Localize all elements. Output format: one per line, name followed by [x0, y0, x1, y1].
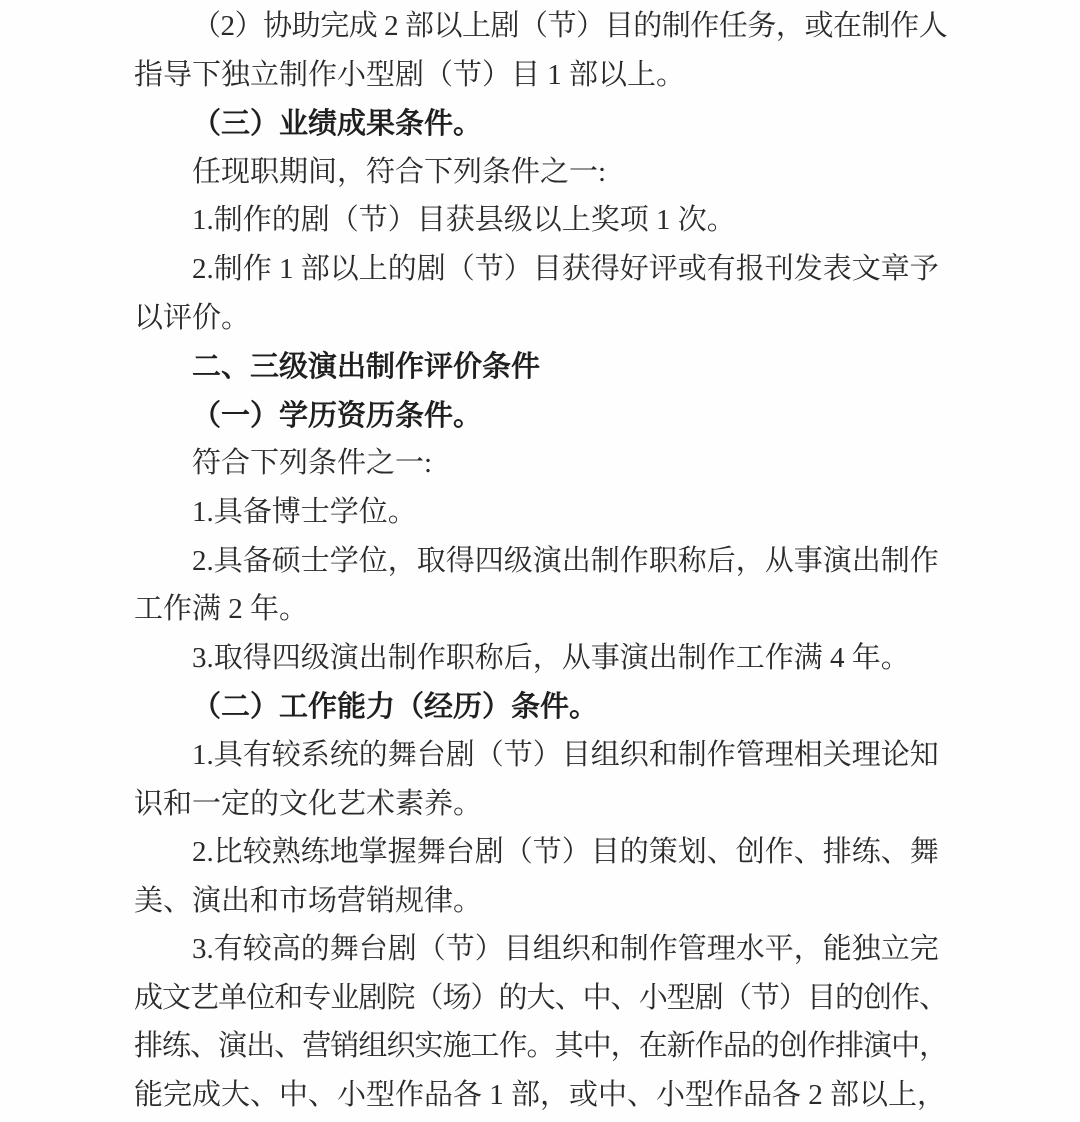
text-line: 3.取得四级演出制作职称后，从事演出制作工作满 4 年。 — [134, 634, 948, 683]
text-line: （2）协助完成 2 部以上剧（节）目的制作任务，或在制作人 — [134, 2, 948, 51]
section-heading-line: 二、三级演出制作评价条件 — [134, 342, 948, 391]
text-line: 2.具备硕士学位，取得四级演出制作职称后，从事演出制作 — [134, 537, 948, 586]
text-line: 以评价。 — [134, 294, 948, 343]
text-line: 能完成大、中、小型作品各 1 部，或中、小型作品各 2 部以上， — [134, 1071, 948, 1120]
text-line: 3.有较高的舞台剧（节）目组织和制作管理水平，能独立完 — [134, 925, 948, 974]
text-line: 任现职期间，符合下列条件之一: — [134, 148, 948, 197]
text-line: 美、演出和市场营销规律。 — [134, 877, 948, 926]
text-line: 2.制作 1 部以上的剧（节）目获得好评或有报刊发表文章予 — [134, 245, 948, 294]
text-line: 识和一定的文化艺术素养。 — [134, 780, 948, 829]
document-text-block: （2）协助完成 2 部以上剧（节）目的制作任务，或在制作人指导下独立制作小型剧（… — [134, 2, 948, 1120]
document-page: （2）协助完成 2 部以上剧（节）目的制作任务，或在制作人指导下独立制作小型剧（… — [0, 0, 1080, 1122]
text-line: 指导下独立制作小型剧（节）目 1 部以上。 — [134, 51, 948, 100]
section-heading-line: （三）业绩成果条件。 — [134, 99, 948, 148]
text-line: 排练、演出、营销组织实施工作。其中，在新作品的创作排演中， — [134, 1022, 948, 1071]
section-heading-line: （一）学历资历条件。 — [134, 391, 948, 440]
section-heading-line: （二）工作能力（经历）条件。 — [134, 682, 948, 731]
text-line: 1.具有较系统的舞台剧（节）目组织和制作管理相关理论知 — [134, 731, 948, 780]
text-line: 工作满 2 年。 — [134, 585, 948, 634]
text-line: 1.具备博士学位。 — [134, 488, 948, 537]
text-line: 1.制作的剧（节）目获县级以上奖项 1 次。 — [134, 196, 948, 245]
text-line: 2.比较熟练地掌握舞台剧（节）目的策划、创作、排练、舞 — [134, 828, 948, 877]
text-line: 符合下列条件之一: — [134, 439, 948, 488]
text-line: 成文艺单位和专业剧院（场）的大、中、小型剧（节）目的创作、 — [134, 974, 948, 1023]
